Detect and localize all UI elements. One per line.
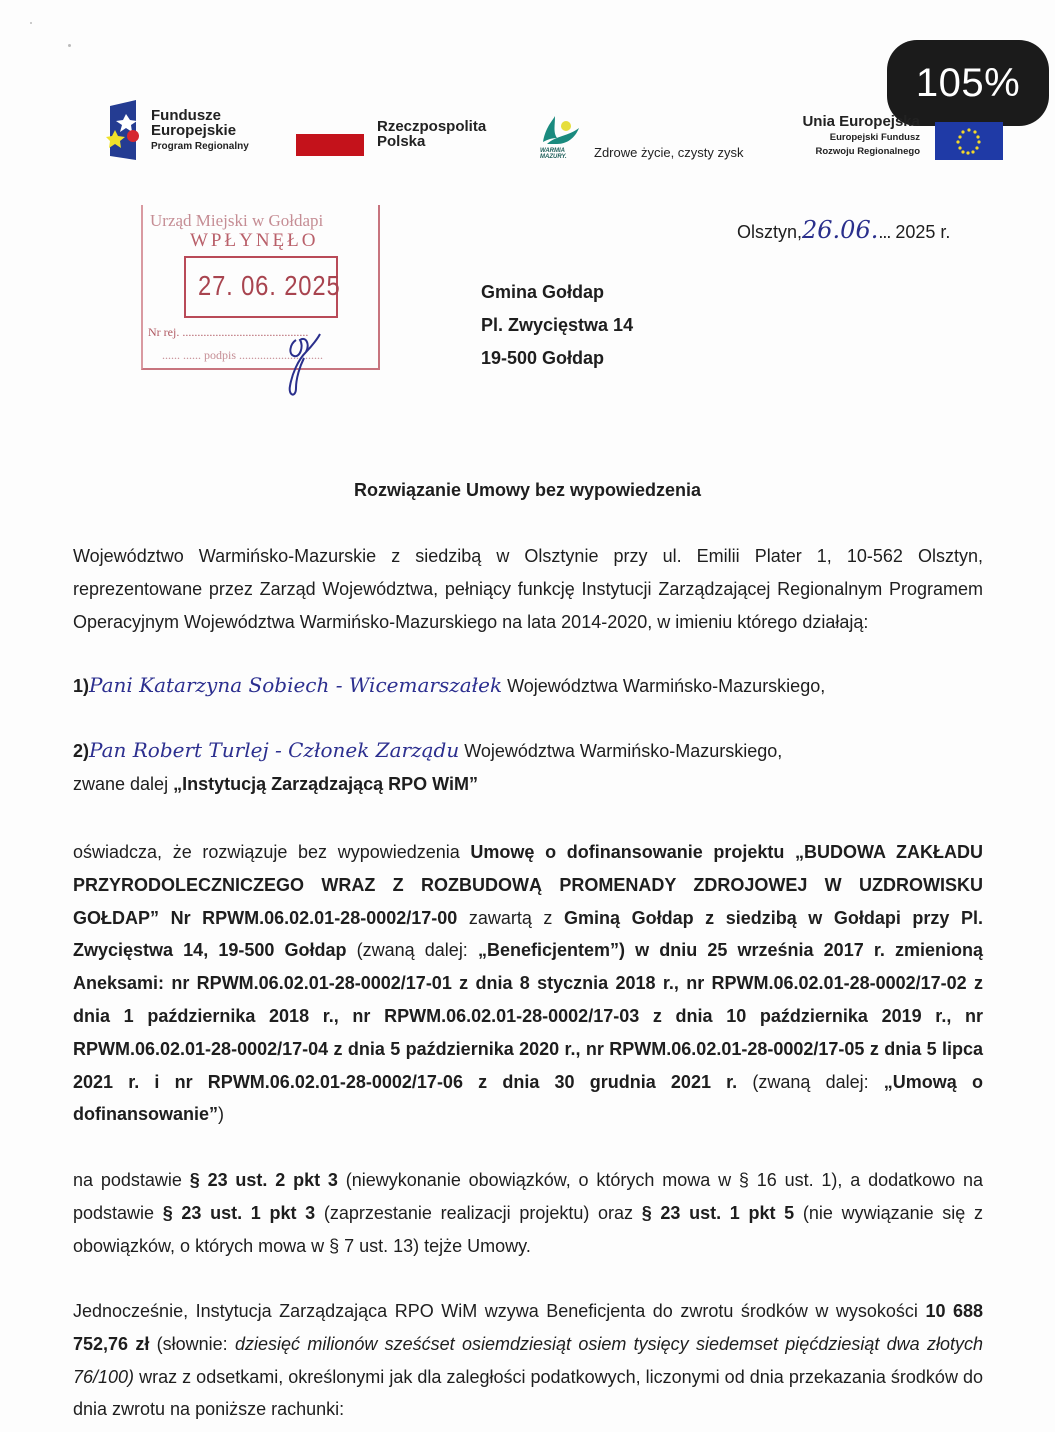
fundusze-line2: Europejskie — [151, 123, 249, 138]
handwritten-date: 26.06. — [802, 216, 878, 244]
scan-speck — [68, 44, 71, 47]
recipient-street: Pl. Zwycięstwa 14 — [481, 315, 633, 336]
referred-as-prefix: zwane dalej — [73, 774, 173, 794]
repayment-text: wraz z odsetkami, określonymi jak dla za… — [73, 1367, 983, 1420]
referred-as-line: zwane dalej „Instytucją Zarządzającą RPO… — [73, 774, 478, 795]
rp-line2: Polska — [377, 134, 486, 149]
unia-europejska-text: Unia Europejska Europejski Fundusz Rozwo… — [798, 113, 920, 158]
signatory-suffix: Województwa Warmińsko-Mazurskiego, — [464, 741, 782, 761]
year: 2025 r. — [895, 222, 950, 242]
declaration-annexes: „Beneficjentem”) w dniu 25 września 2017… — [73, 940, 983, 1091]
declaration-text: zawartą z — [457, 908, 564, 928]
fundusze-europejskie-logo-icon — [106, 100, 140, 160]
signatory-number: 1) — [73, 676, 89, 696]
date-dots: ... — [878, 222, 890, 242]
declaration-text: (zwaną dalej: — [737, 1072, 884, 1092]
fundusze-europejskie-text: Fundusze Europejskie Program Regionalny — [151, 108, 249, 154]
repayment-text: (słownie: — [149, 1334, 235, 1354]
handwritten-signatory-name: Pani Katarzyna Sobiech - Wicemarszałek — [89, 673, 502, 697]
declaration-paragraph: oświadcza, że rozwiązuje bez wypowiedzen… — [73, 836, 983, 1131]
polish-flag-icon — [296, 112, 364, 158]
handwritten-signatory-name: Pan Robert Turlej - Członek Zarządu — [89, 738, 459, 762]
place-and-date: Olsztyn,26.06.... 2025 r. — [737, 216, 950, 244]
stamp-office: Urząd Miejski w Gołdapi — [150, 211, 323, 231]
declaration-text: ) — [218, 1104, 224, 1124]
eu-flag-icon — [935, 122, 1003, 160]
svg-text:MAZURY.: MAZURY. — [540, 154, 567, 160]
recipient-city: 19-500 Gołdap — [481, 348, 604, 369]
signatory-suffix: Województwa Warmińsko-Mazurskiego, — [507, 676, 825, 696]
declaration-text: oświadcza, że rozwiązuje bez wypowiedzen… — [73, 842, 470, 862]
document-title: Rozwiązanie Umowy bez wypowiedzenia — [0, 480, 1055, 501]
rp-line1: Rzeczpospolita — [377, 119, 486, 134]
ue-line2: Europejski Fundusz — [798, 132, 920, 144]
ue-line3: Rozwoju Regionalnego — [798, 146, 920, 158]
legal-basis-paragraph: na podstawie § 23 ust. 2 pkt 3 (niewykon… — [73, 1164, 983, 1262]
basis-text: (zaprzestanie realizacji projektu) oraz — [315, 1203, 642, 1223]
handwritten-initials-icon — [280, 330, 330, 400]
repayment-paragraph: Jednocześnie, Instytucja Zarządzająca RP… — [73, 1295, 983, 1426]
signatory-1: 1)Pani Katarzyna Sobiech - Wicemarszałek… — [73, 673, 825, 697]
stamp-date: 27. 06. 2025 — [198, 270, 341, 302]
fundusze-line1: Fundusze — [151, 108, 249, 123]
basis-text: na podstawie — [73, 1170, 190, 1190]
repayment-text: Jednocześnie, Instytucja Zarządzająca RP… — [73, 1301, 925, 1321]
warmia-mazury-slogan: Zdrowe życie, czysty zysk — [594, 145, 744, 160]
recipient-name: Gmina Gołdap — [481, 282, 604, 303]
warmia-mazury-logo-icon: WARMIA MAZURY. — [539, 114, 583, 160]
stamp-label: WPŁYNĘŁO — [190, 230, 318, 252]
basis-section: § 23 ust. 2 pkt 3 — [190, 1170, 338, 1190]
rzeczpospolita-polska-text: Rzeczpospolita Polska — [377, 119, 486, 149]
declaration-text: (zwaną dalej: — [347, 940, 478, 960]
basis-section: § 23 ust. 1 pkt 5 — [642, 1203, 794, 1223]
signatory-number: 2) — [73, 741, 89, 761]
scan-speck — [30, 22, 32, 24]
city: Olsztyn, — [737, 222, 802, 242]
referred-as-name: „Instytucją Zarządzającą RPO WiM” — [173, 774, 478, 794]
ue-line1: Unia Europejska — [798, 113, 920, 130]
fundusze-line3: Program Regionalny — [151, 139, 249, 154]
basis-section: § 23 ust. 1 pkt 3 — [163, 1203, 315, 1223]
signatory-2: 2)Pan Robert Turlej - Członek Zarządu Wo… — [73, 738, 782, 762]
intro-paragraph: Województwo Warmińsko-Mazurskie z siedzi… — [73, 540, 983, 638]
